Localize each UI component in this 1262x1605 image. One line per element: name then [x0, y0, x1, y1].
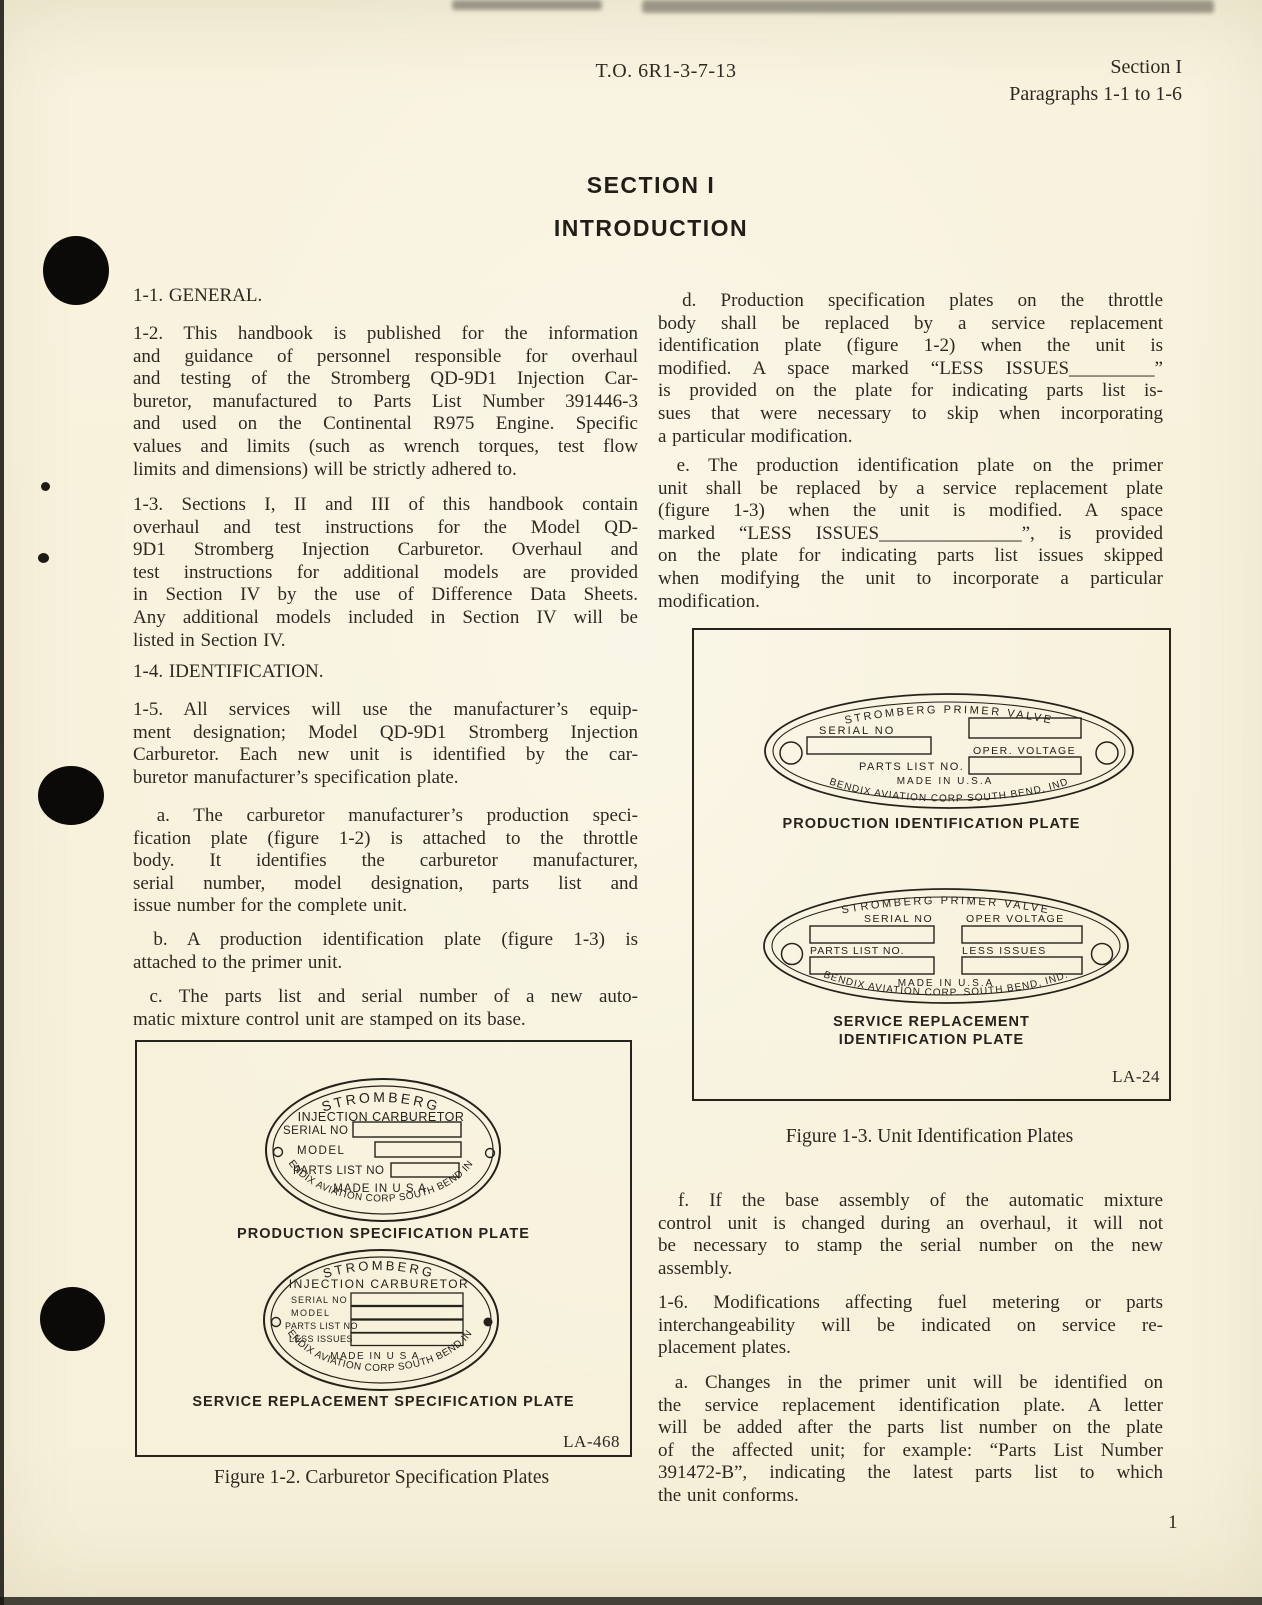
parts-list-label: PARTS LIST NO	[285, 1321, 358, 1331]
parts-list-label: PARTS LIST NO.	[810, 945, 905, 957]
text-line: modified. A space marked “LESS ISSUES___…	[658, 358, 1163, 381]
serial-field-box	[353, 1122, 461, 1137]
text-line: when modifying the unit to incorporate a…	[658, 568, 1163, 591]
screw-hole-icon	[782, 944, 803, 965]
text-line: fication plate (figure 1-2) is attached …	[133, 828, 638, 851]
screw-hole-icon	[272, 1318, 281, 1327]
header-paragraph-range: Paragraphs 1-1 to 1-6	[930, 81, 1182, 108]
paragraph-e: e. The production identification plate o…	[658, 455, 1163, 613]
screw-hole-icon	[274, 1148, 283, 1157]
text-line: body shall be replaced by a service repl…	[658, 313, 1163, 336]
service-replacement-identification-plate: STROMBERG PRIMER VALVE SERIAL NO OPER VO…	[762, 886, 1130, 1006]
heading-1-1: 1-1. GENERAL.	[133, 285, 638, 308]
paragraph-1-6: 1-6. Modifications affecting fuel meteri…	[658, 1292, 1163, 1360]
service-replacement-specification-plate: STROMBERG INJECTION CARBURETOR SERIAL NO…	[261, 1248, 501, 1392]
text-line: on the plate for indicating parts list i…	[658, 545, 1163, 568]
serial-label: SERIAL NO	[864, 913, 933, 925]
text-line: assembly.	[658, 1258, 1163, 1281]
punch-hole-bottom	[40, 1287, 105, 1351]
punch-hole-top	[43, 236, 109, 305]
scan-smudge-top-right	[642, 0, 1214, 13]
ink-speck-1	[41, 482, 50, 491]
serial-label: SERIAL NO	[819, 725, 895, 737]
text-line: modification.	[658, 591, 1163, 614]
serial-label: SERIAL NO	[283, 1125, 348, 1137]
paragraph-d: d. Production specification plates on th…	[658, 290, 1163, 448]
model-field-box	[351, 1307, 463, 1320]
text-line: is provided on the plate for indicating …	[658, 380, 1163, 403]
header-right: Section I Paragraphs 1-1 to 1-6	[930, 54, 1182, 108]
production-identification-plate: STROMBERG PRIMER VALVE SERIAL NO OPER. V…	[763, 692, 1135, 810]
text-line: limits and dimensions) will be strictly …	[133, 459, 638, 482]
production-ident-plate-caption: PRODUCTION IDENTIFICATION PLATE	[694, 816, 1169, 832]
made-in-usa-label: MADE IN U.S.A	[897, 776, 994, 787]
scan-smudge-top-left	[452, 0, 602, 10]
figure-code: LA-468	[563, 1432, 620, 1452]
ink-speck-2	[38, 553, 49, 563]
text-line: serial number, model designation, parts …	[133, 873, 638, 896]
scan-edge-bottom	[0, 1597, 1262, 1605]
to-number: T.O. 6R1-3-7-13	[575, 60, 757, 83]
parts-list-field-box	[351, 1320, 463, 1333]
text-line: marked “LESS ISSUES_______________”, is …	[658, 523, 1163, 546]
paragraph-a: a. The carburetor manufacturer’s product…	[133, 805, 638, 918]
model-label: MODEL	[291, 1308, 331, 1318]
text-line: buretor, manufactured to Parts List Numb…	[133, 391, 638, 414]
figure-1-3-box: STROMBERG PRIMER VALVE SERIAL NO OPER. V…	[692, 628, 1171, 1101]
parts-list-field-box	[969, 757, 1081, 774]
punch-hole-middle	[38, 766, 104, 825]
serial-value-box	[810, 926, 934, 943]
text-line: body. It identifies the carburetor manuf…	[133, 850, 638, 873]
text-line: of the affected unit; for example: “Part…	[658, 1440, 1163, 1463]
text-line: values and limits (such as wrench torque…	[133, 436, 638, 459]
model-label: MODEL	[297, 1145, 345, 1157]
text-line: and testing of the Stromberg QD-9D1 Inje…	[133, 368, 638, 391]
parts-list-label: PARTS LIST NO.	[859, 761, 964, 773]
text-line: 1-1. GENERAL.	[133, 285, 638, 308]
section-title: SECTION I	[40, 172, 1262, 199]
screw-hole-icon	[780, 742, 802, 764]
text-line: and used on the Continental R975 Engine.…	[133, 413, 638, 436]
text-line: 9D1 Stromberg Injection Carburetor. Over…	[133, 539, 638, 562]
service-ident-plate-caption: SERVICE REPLACEMENT IDENTIFICATION PLATE	[694, 1013, 1169, 1049]
text-line: a particular modification.	[658, 426, 1163, 449]
text-line: issue number for the complete unit.	[133, 895, 638, 918]
text-line: b. A production identification plate (fi…	[133, 929, 638, 952]
screw-hole-icon	[1092, 944, 1113, 965]
text-line: e. The production identification plate o…	[658, 455, 1163, 478]
text-line: 391472-B”, indicating the latest parts l…	[658, 1462, 1163, 1485]
text-line: control unit is changed during an overha…	[658, 1213, 1163, 1236]
text-line: the unit conforms.	[658, 1485, 1163, 1508]
paragraph-f: f. If the base assembly of the automatic…	[658, 1190, 1163, 1280]
production-specification-plate: STROMBERG INJECTION CARBURETOR SERIAL NO…	[263, 1077, 503, 1223]
text-line: a. Changes in the primer unit will be id…	[658, 1372, 1163, 1395]
text-line: overhaul and test instructions for the M…	[133, 517, 638, 540]
text-line: identification plate (figure 1-2) when t…	[658, 335, 1163, 358]
plate-subtitle: INJECTION CARBURETOR	[289, 1277, 469, 1291]
less-issues-label: LESS ISSUES	[962, 945, 1047, 957]
text-line: f. If the base assembly of the automatic…	[658, 1190, 1163, 1213]
serial-value-box	[807, 737, 931, 754]
text-line: 1-4. IDENTIFICATION.	[133, 661, 638, 684]
text-line: placement plates.	[658, 1337, 1163, 1360]
text-line: the service replacement identification p…	[658, 1395, 1163, 1418]
text-line: 1-5. All services will use the manufactu…	[133, 699, 638, 722]
model-field-box	[375, 1142, 461, 1157]
paragraph-b: b. A production identification plate (fi…	[133, 929, 638, 974]
scan-edge-left	[0, 0, 4, 1605]
text-line: 1-6. Modifications affecting fuel meteri…	[658, 1292, 1163, 1315]
text-line: sues that were necessary to skip when in…	[658, 403, 1163, 426]
paragraph-c: c. The parts list and serial number of a…	[133, 986, 638, 1031]
intro-title: INTRODUCTION	[40, 215, 1262, 242]
service-spec-plate-caption: SERVICE REPLACEMENT SPECIFICATION PLATE	[137, 1394, 630, 1410]
header-section: Section I	[930, 54, 1182, 81]
serial-field-box	[351, 1293, 463, 1306]
text-line: (figure 1-3) when the unit is modified. …	[658, 500, 1163, 523]
text-line: 1-3. Sections I, II and III of this hand…	[133, 494, 638, 517]
text-line: be necessary to stamp the serial number …	[658, 1235, 1163, 1258]
oper-voltage-value-box	[962, 926, 1082, 943]
text-line: Carburetor. Each new unit is identified …	[133, 744, 638, 767]
text-line: buretor manufacturer’s specification pla…	[133, 767, 638, 790]
text-line: a. The carburetor manufacturer’s product…	[133, 805, 638, 828]
serial-label: SERIAL NO	[291, 1295, 348, 1305]
text-line: attached to the primer unit.	[133, 952, 638, 975]
service-ident-caption-line1: SERVICE REPLACEMENT	[694, 1013, 1169, 1031]
parts-list-field-box	[391, 1163, 459, 1177]
less-issues-field-box	[351, 1333, 463, 1346]
document-page: T.O. 6R1-3-7-13 Section I Paragraphs 1-1…	[0, 0, 1262, 1605]
heading-1-4: 1-4. IDENTIFICATION.	[133, 661, 638, 684]
text-line: Any additional models included in Sectio…	[133, 607, 638, 630]
text-line: 1-2. This handbook is published for the …	[133, 323, 638, 346]
text-line: d. Production specification plates on th…	[658, 290, 1163, 313]
oper-voltage-label: OPER. VOLTAGE	[973, 745, 1076, 757]
figure-1-3-caption: Figure 1-3. Unit Identification Plates	[692, 1126, 1167, 1148]
text-line: interchangeability will be indicated on …	[658, 1315, 1163, 1338]
figure-1-2-box: STROMBERG INJECTION CARBURETOR SERIAL NO…	[135, 1040, 632, 1457]
text-line: and guidance of personnel responsible fo…	[133, 346, 638, 369]
page-number: 1	[1168, 1512, 1178, 1534]
production-spec-plate-caption: PRODUCTION SPECIFICATION PLATE	[137, 1226, 630, 1242]
screw-hole-icon	[1096, 742, 1118, 764]
text-line: ment designation; Model QD-9D1 Stromberg…	[133, 722, 638, 745]
paragraph-1-2: 1-2. This handbook is published for the …	[133, 323, 638, 481]
text-line: in Section IV by the use of Difference D…	[133, 584, 638, 607]
text-line: unit shall be replaced by a service repl…	[658, 478, 1163, 501]
text-line: will be added after the parts list numbe…	[658, 1417, 1163, 1440]
text-line: listed in Section IV.	[133, 630, 638, 653]
figure-1-2-caption: Figure 1-2. Carburetor Specification Pla…	[135, 1467, 628, 1489]
service-ident-caption-line2: IDENTIFICATION PLATE	[694, 1031, 1169, 1049]
plate-brand-arc: STROMBERG PRIMER VALVE	[844, 704, 1055, 727]
figure-code: LA-24	[1112, 1067, 1160, 1087]
oper-voltage-label: OPER VOLTAGE	[966, 913, 1065, 925]
paragraph-a2: a. Changes in the primer unit will be id…	[658, 1372, 1163, 1508]
svg-text:STROMBERG PRIMER VALVE: STROMBERG PRIMER VALVE	[844, 704, 1055, 727]
paragraph-1-3: 1-3. Sections I, II and III of this hand…	[133, 494, 638, 652]
text-line: c. The parts list and serial number of a…	[133, 986, 638, 1009]
text-line: test instructions for additional models …	[133, 562, 638, 585]
screw-hole-icon	[484, 1318, 493, 1327]
paragraph-1-5: 1-5. All services will use the manufactu…	[133, 699, 638, 789]
text-line: matic mixture control unit are stamped o…	[133, 1009, 638, 1032]
